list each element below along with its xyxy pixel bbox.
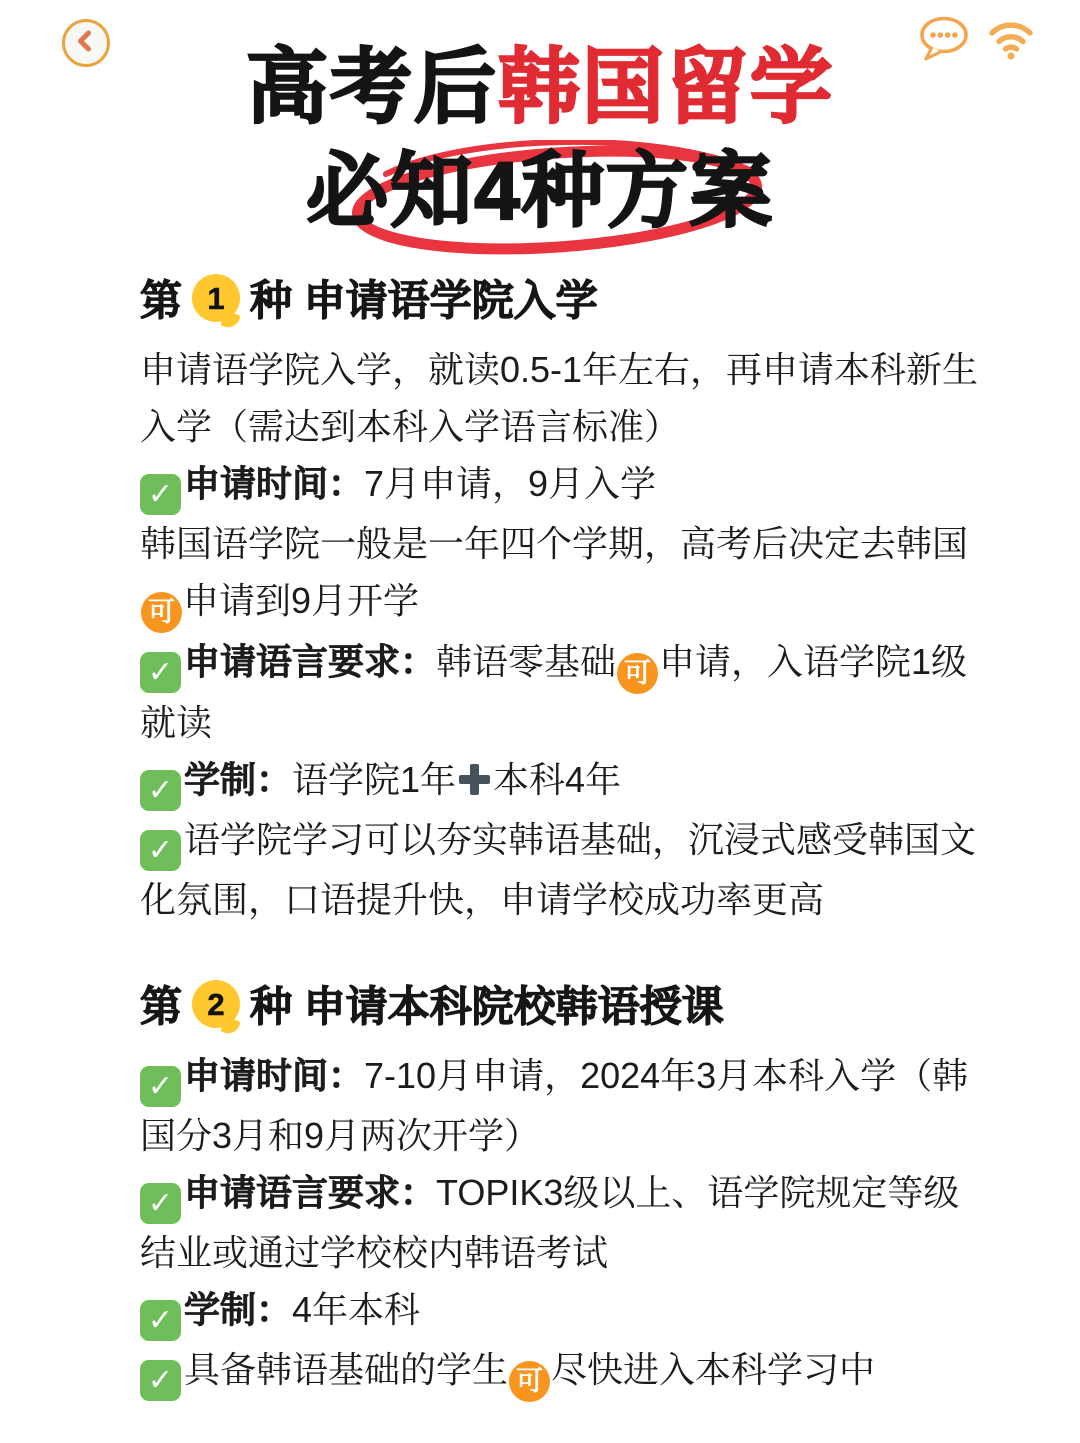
body-text: 7月申请，9月入学 [364, 463, 656, 504]
heading-title: 种 申请本科院校韩语授课 [250, 974, 724, 1034]
plus-icon [459, 764, 490, 795]
number-bubble-badge: 2 [192, 980, 240, 1028]
check-icon: ✓ [140, 474, 181, 515]
ke-circle-emoji: 可 [509, 1361, 550, 1402]
paragraph: ✓申请时间：7-10月申请，2024年3月本科入学（韩国分3月和9月两次开学） [140, 1047, 992, 1164]
check-icon: ✓ [140, 652, 181, 693]
label-text: 学制： [184, 1289, 292, 1330]
badge-number: 2 [207, 989, 224, 1020]
body-text: 韩国语学院一般是一年四个学期，高考后决定去韩国 [140, 523, 968, 564]
badge-number: 1 [207, 283, 224, 314]
paragraph: ✓申请语言要求：韩语零基础可申请，入语学院1级就读 [140, 633, 992, 751]
section-heading: 第1种 申请语学院入学 [140, 268, 992, 328]
title-line-2: 必知4种方案 [0, 140, 1080, 244]
poster-page: { "chrome": { "back_icon": "chevron-left… [0, 0, 1080, 1443]
check-icon: ✓ [140, 1360, 181, 1401]
body-text: 本科4年 [493, 759, 621, 800]
title-line-1: 高考后韩国留学 [0, 36, 1080, 140]
heading-prefix: 第 [140, 268, 182, 328]
label-text: 申请语言要求： [184, 641, 436, 682]
paragraph: ✓申请语言要求：TOPIK3级以上、语学院规定等级结业或通过学校校内韩语考试 [140, 1164, 992, 1281]
heading-prefix: 第 [140, 974, 182, 1034]
check-icon: ✓ [140, 1183, 181, 1224]
label-text: 申请时间： [184, 463, 364, 504]
body-text: 语学院学习可以夯实韩语基础，沉浸式感受韩国文化氛围，口语提升快，申请学校成功率更… [140, 819, 976, 920]
paragraph: ✓申请时间：7月申请，9月入学 [140, 455, 992, 515]
body-text: 具备韩语基础的学生 [184, 1349, 508, 1390]
paragraph: 申请语学院入学，就读0.5-1年左右，再申请本科新生入学（需达到本科入学语言标准… [140, 341, 992, 455]
check-icon: ✓ [140, 770, 181, 811]
paragraph: ✓学制：语学院1年本科4年 [140, 751, 992, 811]
content-area: 第1种 申请语学院入学申请语学院入学，就读0.5-1年左右，再申请本科新生入学（… [0, 244, 1080, 1402]
body-text: 申请语学院入学，就读0.5-1年左右，再申请本科新生入学（需达到本科入学语言标准… [140, 349, 978, 447]
number-bubble-badge: 1 [192, 274, 240, 322]
section-2: 第2种 申请本科院校韩语授课✓申请时间：7-10月申请，2024年3月本科入学（… [140, 974, 992, 1402]
label-text: 申请时间： [184, 1055, 364, 1096]
section-1: 第1种 申请语学院入学申请语学院入学，就读0.5-1年左右，再申请本科新生入学（… [140, 268, 992, 928]
paragraph: 韩国语学院一般是一年四个学期，高考后决定去韩国可申请到9月开学 [140, 515, 992, 633]
ke-circle-emoji: 可 [617, 653, 658, 694]
body-text: 语学院1年 [292, 759, 456, 800]
label-text: 学制： [184, 759, 292, 800]
paragraph: ✓语学院学习可以夯实韩语基础，沉浸式感受韩国文化氛围，口语提升快，申请学校成功率… [140, 811, 992, 928]
paragraph: ✓学制：4年本科 [140, 1281, 992, 1341]
section-heading: 第2种 申请本科院校韩语授课 [140, 974, 992, 1034]
body-text: 4年本科 [292, 1289, 420, 1330]
body-text: 韩语零基础 [436, 641, 616, 682]
check-icon: ✓ [140, 830, 181, 871]
title-part-red: 韩国留学 [498, 42, 834, 133]
title-part-black: 高考后 [246, 42, 498, 133]
poster-title: 高考后韩国留学 必知4种方案 [0, 0, 1080, 244]
paragraph: ✓具备韩语基础的学生可尽快进入本科学习中 [140, 1341, 992, 1402]
check-icon: ✓ [140, 1066, 181, 1107]
check-icon: ✓ [140, 1300, 181, 1341]
heading-title: 种 申请语学院入学 [250, 268, 598, 328]
label-text: 申请语言要求： [184, 1172, 436, 1213]
body-text: 申请到9月开学 [183, 580, 419, 621]
body-text: 尽快进入本科学习中 [551, 1349, 875, 1390]
ke-circle-emoji: 可 [141, 592, 182, 633]
